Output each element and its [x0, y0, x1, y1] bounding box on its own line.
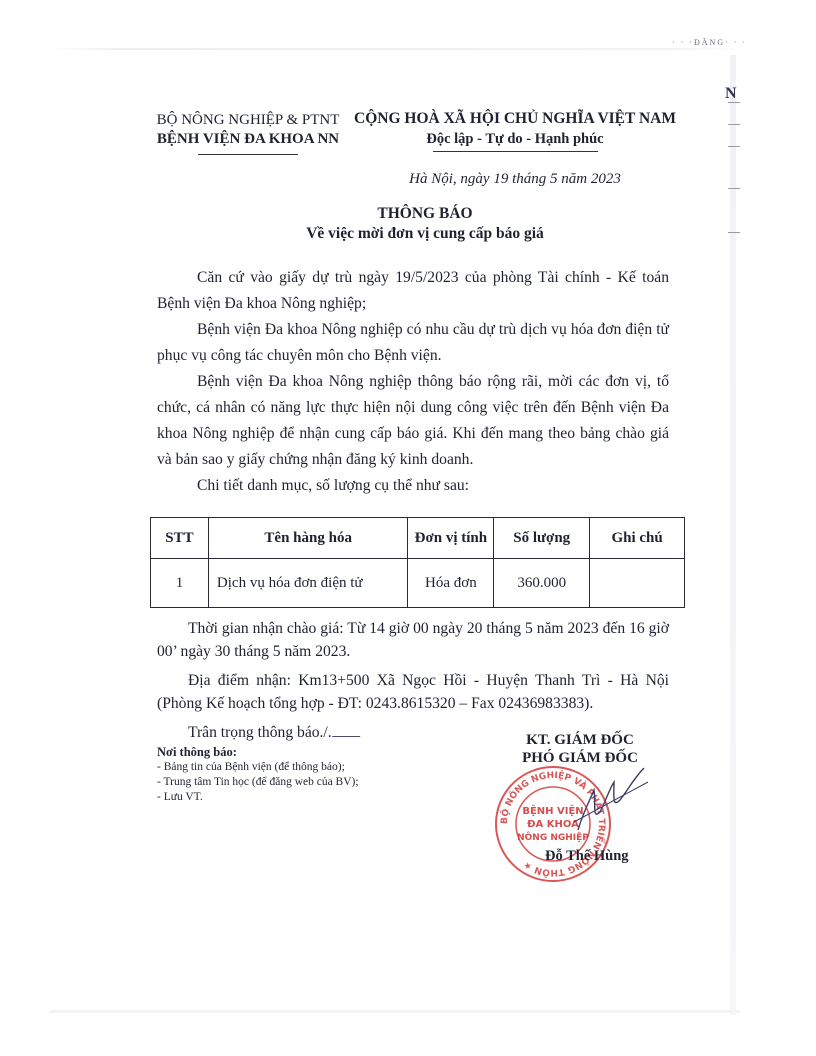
signer-name: Đỗ Thế Hùng	[545, 848, 629, 865]
margin-tick	[728, 102, 740, 103]
col-header-item-name: Tên hàng hóa	[208, 518, 408, 559]
col-header-unit: Đơn vị tính	[408, 518, 494, 559]
col-header-quantity: Số lượng	[494, 518, 590, 559]
issuer-header: BỘ NÔNG NGHIỆP & PTNT BỆNH VIỆN ĐA KHOA …	[148, 112, 348, 155]
bleed-through-text: · · ·ĐĂNG· · ·	[672, 38, 747, 47]
recipient-item: - Bảng tin của Bệnh viện (để thông báo);	[157, 760, 359, 775]
cell-quantity: 360.000	[494, 559, 590, 608]
ministry-name: BỘ NÔNG NGHIỆP & PTNT	[148, 112, 348, 129]
national-header: CỘNG HOÀ XÃ HỘI CHỦ NGHĨA VIỆT NAM Độc l…	[350, 110, 680, 152]
hospital-name: BỆNH VIỆN ĐA KHOA NN	[148, 131, 348, 148]
margin-tick	[728, 232, 740, 233]
margin-tick	[728, 124, 740, 125]
recipient-item: - Trung tâm Tin học (để đăng web của BV)…	[157, 775, 359, 790]
date-line: Hà Nội, ngày 19 tháng 5 năm 2023	[350, 171, 680, 188]
items-table: STT Tên hàng hóa Đơn vị tính Số lượng Gh…	[150, 517, 685, 608]
handwritten-signature-icon	[570, 760, 650, 840]
table-row: 1 Dịch vụ hóa đơn điện tử Hóa đơn 360.00…	[151, 559, 685, 608]
scan-edge-right	[730, 55, 736, 1015]
national-motto: Độc lập - Tự do - Hạnh phúc	[350, 131, 680, 148]
col-header-note: Ghi chú	[590, 518, 685, 559]
col-header-stt: STT	[151, 518, 209, 559]
cell-unit: Hóa đơn	[408, 559, 494, 608]
document-title: THÔNG BÁO Về việc mời đơn vị cung cấp bá…	[260, 205, 590, 243]
initials-scribble	[332, 726, 364, 737]
paragraph: Chi tiết danh mục, số lượng cụ thể như s…	[157, 473, 669, 499]
closing-text: Trân trọng thông báo./.	[188, 724, 332, 741]
paragraph-receive-time: Thời gian nhận chào giá: Từ 14 giờ 00 ng…	[157, 617, 669, 663]
motto-underline	[433, 151, 598, 152]
title-subject: Về việc mời đơn vị cung cấp báo giá	[260, 225, 590, 243]
paragraph: Bệnh viện Đa khoa Nông nghiệp thông báo …	[157, 369, 669, 473]
header-underline	[198, 154, 298, 155]
recipients-list: Nơi thông báo: - Bảng tin của Bệnh viện …	[157, 745, 359, 805]
scan-edge-top	[50, 48, 740, 50]
bleed-through-letter: N	[725, 85, 737, 103]
national-title: CỘNG HOÀ XÃ HỘI CHỦ NGHĨA VIỆT NAM	[350, 110, 680, 128]
paragraph: Bệnh viện Đa khoa Nông nghiệp có nhu cầu…	[157, 317, 669, 369]
paragraph: Căn cứ vào giấy dự trù ngày 19/5/2023 củ…	[157, 265, 669, 317]
body-paragraphs: Căn cứ vào giấy dự trù ngày 19/5/2023 củ…	[157, 265, 669, 499]
margin-tick	[728, 146, 740, 147]
recipient-item: - Lưu VT.	[157, 790, 359, 805]
scan-edge-bottom	[50, 1010, 740, 1013]
paragraph-receive-location: Địa điểm nhận: Km13+500 Xã Ngọc Hồi - Hu…	[157, 669, 669, 715]
cell-stt: 1	[151, 559, 209, 608]
cell-item-name: Dịch vụ hóa đơn điện tử	[208, 559, 408, 608]
cell-note	[590, 559, 685, 608]
recipients-heading: Nơi thông báo:	[157, 745, 359, 760]
table-header-row: STT Tên hàng hóa Đơn vị tính Số lượng Gh…	[151, 518, 685, 559]
title-main: THÔNG BÁO	[260, 205, 590, 223]
signer-authority: KT. GIÁM ĐỐC	[495, 732, 665, 749]
after-table-paragraphs: Thời gian nhận chào giá: Từ 14 giờ 00 ng…	[157, 617, 669, 750]
margin-tick	[728, 188, 740, 189]
